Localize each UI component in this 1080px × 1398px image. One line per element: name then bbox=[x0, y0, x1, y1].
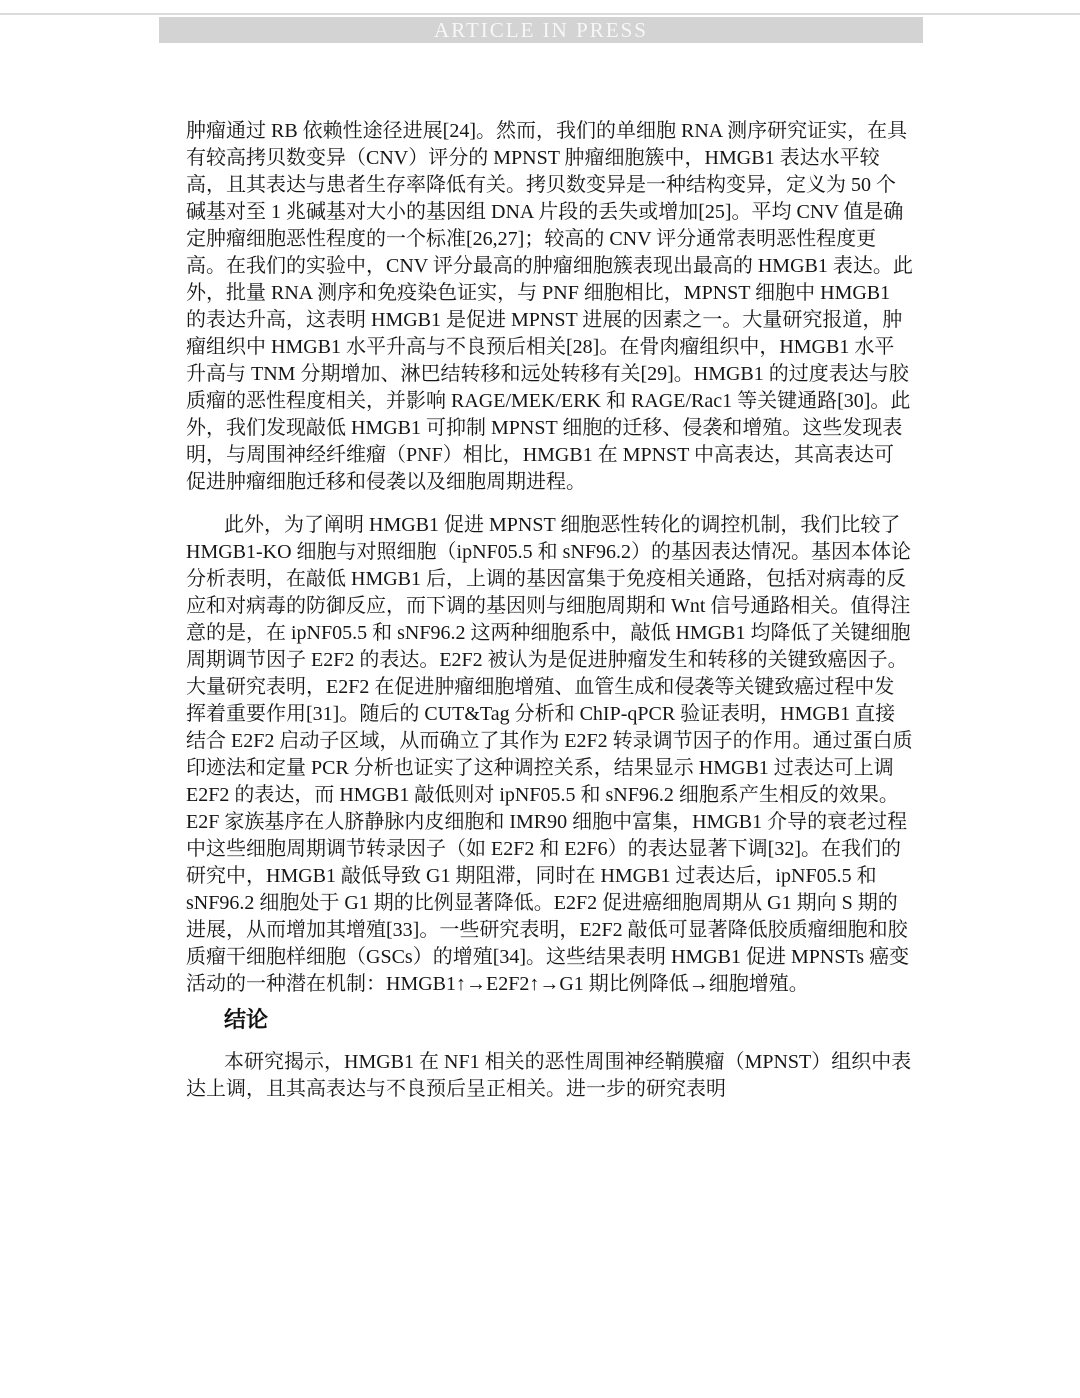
paragraph-discussion-2: 此外，为了阐明 HMGB1 促进 MPNST 细胞恶性转化的调控机制，我们比较了… bbox=[186, 512, 913, 998]
section-heading-conclusion: 结论 bbox=[224, 1006, 913, 1034]
article-in-press-banner: ARTICLE IN PRESS bbox=[159, 17, 923, 43]
article-page: ARTICLE IN PRESS 肿瘤通过 RB 依赖性途径进展[24]。然而，… bbox=[0, 0, 1080, 1398]
article-body: 肿瘤通过 RB 依赖性途径进展[24]。然而，我们的单细胞 RNA 测序研究证实… bbox=[186, 118, 913, 1103]
paragraph-conclusion: 本研究揭示，HMGB1 在 NF1 相关的恶性周围神经鞘膜瘤（MPNST）组织中… bbox=[186, 1049, 913, 1103]
paragraph-discussion-1: 肿瘤通过 RB 依赖性途径进展[24]。然而，我们的单细胞 RNA 测序研究证实… bbox=[186, 118, 913, 496]
top-rule-divider bbox=[0, 13, 1080, 15]
